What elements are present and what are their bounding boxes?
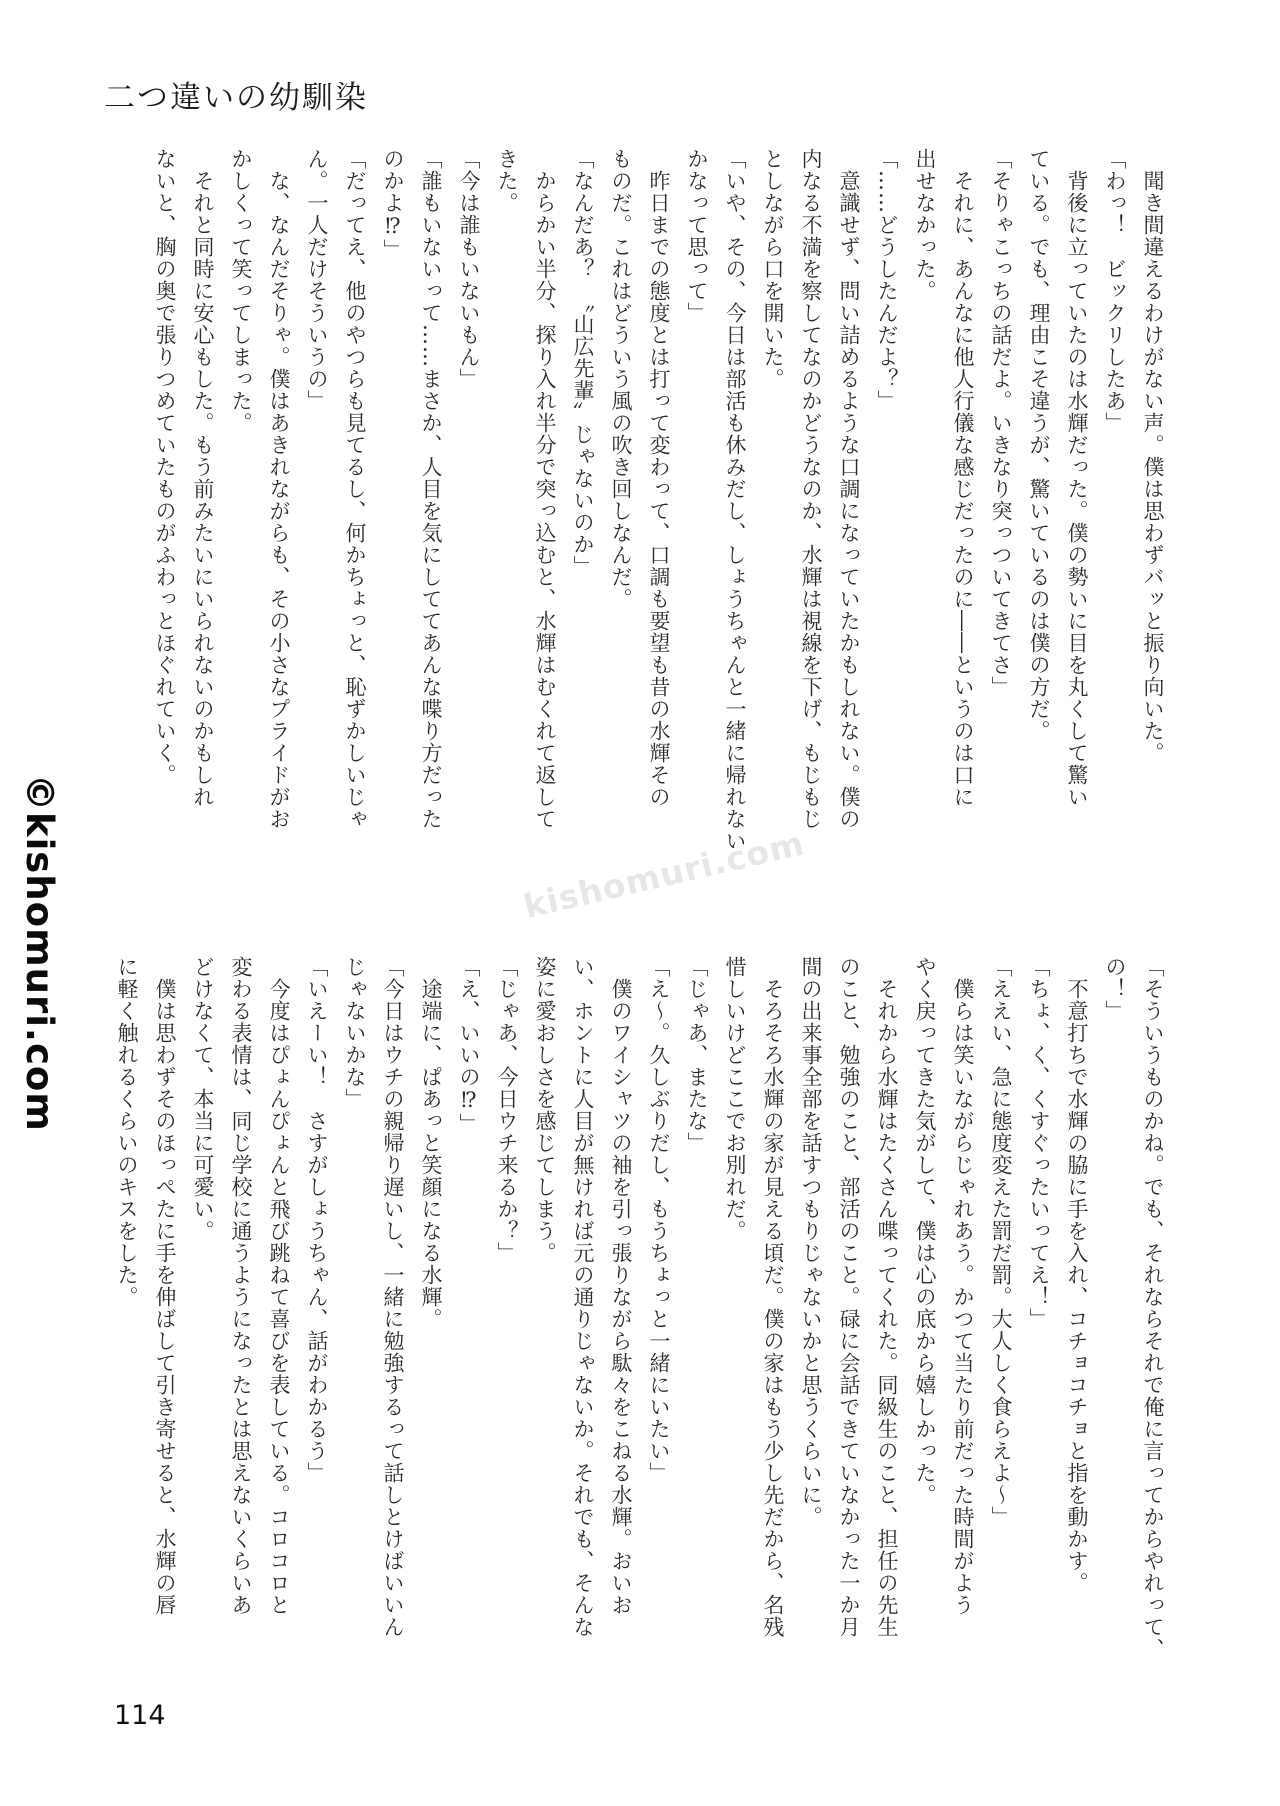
text-column: のかよ⁉」 [374, 148, 412, 860]
text-column: の！」 [1096, 956, 1134, 1668]
top-text-block: 聞き間違えるわけがない声。僕は思わずバッと振り向いた。「わっ！ ビックリしたあ」… [146, 148, 1172, 860]
text-column: 「誰もいないって……まさか、人目を気にしててあんな喋り方だった [412, 148, 450, 860]
text-column: 「いや、その、今日は部活も休みだし、しょうちゃんと一緒に帰れない [716, 148, 754, 860]
text-column: かしくって笑ってしまった。 [222, 148, 260, 860]
text-column: 「じゃあ、今日ウチ来るか？」 [488, 956, 526, 1668]
page-title: 二つ違いの幼馴染 [104, 72, 368, 117]
text-column: それと同時に安心もした。もう前みたいにいられないのかもしれ [184, 148, 222, 860]
text-column: な、なんだそりゃ。僕はあきれながらも、その小さなプライドがお [260, 148, 298, 860]
text-column: のこと、勉強のこと、部活のこと。碌に会話できていなかった一か月 [830, 956, 868, 1668]
text-column: ている。でも、理由こそ違うが、驚いているのは僕の方だ。 [1020, 148, 1058, 860]
text-column: 「今日はウチの親帰り遅いし、一緒に勉強するって話しとけばいいん [374, 956, 412, 1668]
text-column: 「そりゃこっちの話だよ。いきなり突っついてきてさ」 [982, 148, 1020, 860]
text-column: それに、あんなに他人行儀な感じだったのに――というのは口に [944, 148, 982, 860]
text-column: それから水輝はたくさん喋ってくれた。同級生のこと、担任の先生 [868, 956, 906, 1668]
text-column: どけなくて、本当に可愛い。 [184, 956, 222, 1668]
text-column: ないと、胸の奥で張りつめていたものがふわっとほぐれていく。 [146, 148, 184, 860]
text-column: 昨日までの態度とは打って変わって、口調も要望も昔の水輝その [640, 148, 678, 860]
text-column: 間の出来事全部を話すつもりじゃないかと思うくらいに。 [792, 956, 830, 1668]
text-column: 「だってえ、他のやつらも見てるし、何かちょっと、恥ずかしいじゃ [336, 148, 374, 860]
text-column: 「今は誰もいないもん」 [450, 148, 488, 860]
text-column: 「ちょ、く、くすぐったいってえ！」 [1020, 956, 1058, 1668]
text-column: 僕は思わずそのほっぺたに手を伸ばして引き寄せると、水輝の唇 [146, 956, 184, 1668]
text-column: い、ホントに人目が無ければ元の通りじゃないか。それでも、そんな [564, 956, 602, 1668]
text-column: 「じゃあ、またな」 [678, 956, 716, 1668]
text-column: 「そういうものかね。でも、それならそれで俺に言ってからやれって、 [1134, 956, 1172, 1668]
text-column: 僕のワイシャツの袖を引っ張りながら駄々をこねる水輝。おいお [602, 956, 640, 1668]
text-column: ん。一人だけそういうの」 [298, 148, 336, 860]
text-column: きた。 [488, 148, 526, 860]
text-column: じゃないかな」 [336, 956, 374, 1668]
text-column: からかい半分、探り入れ半分で突っ込むと、水輝はむくれて返して [526, 148, 564, 860]
text-column: 「いえーい！ さすがしょうちゃん、話がわかるう」 [298, 956, 336, 1668]
text-column: 途端に、ぱあっと笑顔になる水輝。 [412, 956, 450, 1668]
novel-page: { "page": { "title": "二つ違いの幼馴染", "page_n… [0, 0, 1280, 1806]
text-column: に軽く触れるくらいのキスをした。 [108, 956, 146, 1668]
text-column: 出せなかった。 [906, 148, 944, 860]
text-column: としながら口を開いた。 [754, 148, 792, 860]
text-column: 姿に愛おしさを感じてしまう。 [526, 956, 564, 1668]
text-column: 僕らは笑いながらじゃれあう。かつて当たり前だった時間がよう [944, 956, 982, 1668]
text-column: 「わっ！ ビックリしたあ」 [1096, 148, 1134, 860]
text-column: 不意打ちで水輝の脇に手を入れ、コチョコチョと指を動かす。 [1058, 956, 1096, 1668]
text-column: そろそろ水輝の家が見える頃だ。僕の家はもう少し先だから、名残 [754, 956, 792, 1668]
text-column: ものだ。これはどういう風の吹き回しなんだ。 [602, 148, 640, 860]
text-column: 内なる不満を察してなのかどうなのか、水輝は視線を下げ、もじもじ [792, 148, 830, 860]
text-column: 「え〜。久しぶりだし、もうちょっと一緒にいたい」 [640, 956, 678, 1668]
text-column: 「ええい、急に態度変えた罰だ罰。大人しく食らえよ〜」 [982, 956, 1020, 1668]
text-column: 意識せず、問い詰めるような口調になっていたかもしれない。僕の [830, 148, 868, 860]
text-column: 背後に立っていたのは水輝だった。僕の勢いに目を丸くして驚い [1058, 148, 1096, 860]
text-column: 聞き間違えるわけがない声。僕は思わずバッと振り向いた。 [1134, 148, 1172, 860]
side-watermark: ©kishomuri.com [18, 774, 61, 1132]
text-column: かなって思って」 [678, 148, 716, 860]
text-column: 「……どうしたんだよ？」 [868, 148, 906, 860]
text-column: やく戻ってきた気がして、僕は心の底から嬉しかった。 [906, 956, 944, 1668]
text-column: 「なんだあ？ 〝山広先輩〟じゃないのか」 [564, 148, 602, 860]
text-column: 今度はぴょんぴょんと飛び跳ねて喜びを表している。コロコロと [260, 956, 298, 1668]
text-column: 惜しいけどここでお別れだ。 [716, 956, 754, 1668]
text-column: 変わる表情は、同じ学校に通うようになったとは思えないくらいあ [222, 956, 260, 1668]
text-column: 「え、いいの⁉」 [450, 956, 488, 1668]
bottom-text-block: 「そういうものかね。でも、それならそれで俺に言ってからやれって、の！」 不意打ち… [108, 956, 1172, 1668]
page-number: 114 [114, 1700, 166, 1731]
